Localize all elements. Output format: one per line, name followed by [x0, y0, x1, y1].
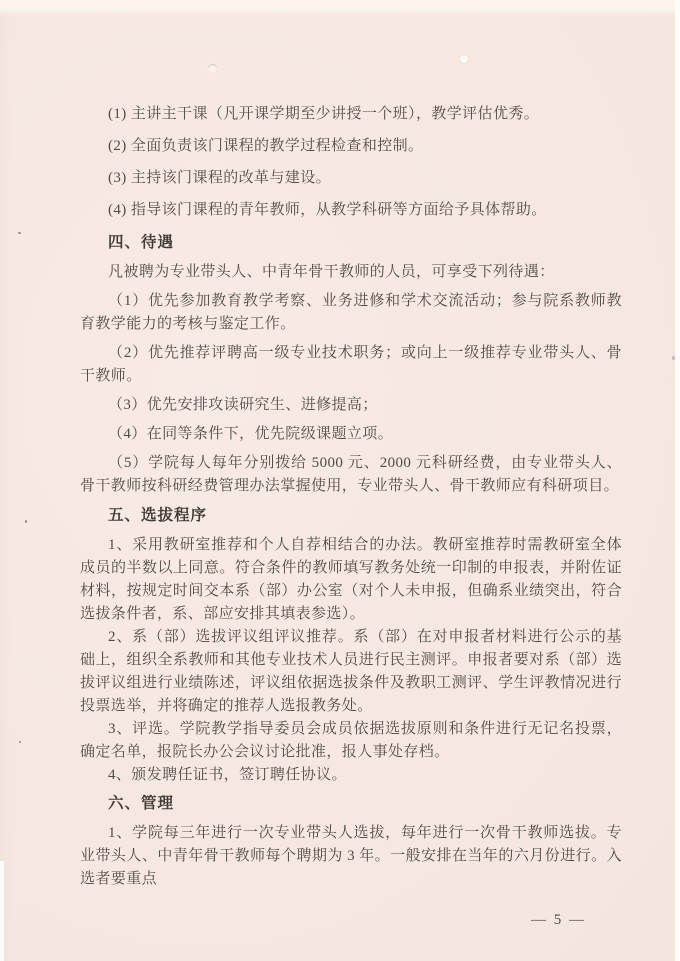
scan-speck [460, 55, 468, 63]
benefits-intro: 凡被聘为专业带头人、中青年骨干教师的人员，可享受下列待遇： [80, 261, 622, 284]
duty-item-3: (3) 主持该门课程的改革与建设。 [80, 167, 622, 190]
benefit-item-3: （3）优先安排攻读研究生、进修提高； [80, 394, 622, 417]
section-heading-benefits: 四、待遇 [80, 231, 622, 255]
section-heading-management: 六、管理 [80, 792, 622, 816]
punch-hole-mark [208, 64, 217, 72]
benefit-item-2: （2）优先推荐评聘高一级专业技术职务；或向上一级推荐专业带头人、骨干教师。 [80, 342, 622, 388]
page-number: — 5 — [80, 912, 622, 929]
document-body: (1) 主讲主干课（凡开课学期至少讲授一个班），教学评估优秀。 (2) 全面负责… [0, 103, 680, 929]
procedure-step-1: 1、采用教研室推荐和个人自荐相结合的办法。教研室推荐时需教研室全体成员的半数以上… [80, 534, 622, 626]
procedure-step-2: 2、系（部）选拔评议组评议推荐。系（部）在对申报者材料进行公示的基础上，组织全系… [80, 626, 622, 718]
scanned-document-page: (1) 主讲主干课（凡开课学期至少讲授一个班），教学评估优秀。 (2) 全面负责… [0, 0, 680, 961]
management-item-1: 1、学院每三年进行一次专业带头人选拔，每年进行一次骨干教师选拔。专业带头人、中青… [80, 822, 622, 891]
benefit-item-1: （1）优先参加教育教学考察、业务进修和学术交流活动；参与院系教师教育教学能力的考… [80, 290, 622, 336]
procedure-step-4: 4、颁发聘任证书，签订聘任协议。 [80, 764, 622, 787]
procedure-step-3: 3、评选。学院教学指导委员会成员依据选拔原则和条件进行无记名投票，确定名单，报院… [80, 718, 622, 764]
duty-item-1: (1) 主讲主干课（凡开课学期至少讲授一个班），教学评估优秀。 [80, 103, 622, 126]
duty-item-4: (4) 指导该门课程的青年教师，从教学科研等方面给予具体帮助。 [80, 199, 622, 222]
benefit-item-4: （4）在同等条件下，优先院级课题立项。 [80, 423, 622, 446]
benefit-item-5: （5）学院每人每年分别拨给 5000 元、2000 元科研经费，由专业带头人、骨… [80, 452, 622, 498]
section-heading-selection-procedure: 五、选拔程序 [80, 504, 622, 528]
duty-item-2: (2) 全面负责该门课程的教学过程检查和控制。 [80, 135, 622, 158]
